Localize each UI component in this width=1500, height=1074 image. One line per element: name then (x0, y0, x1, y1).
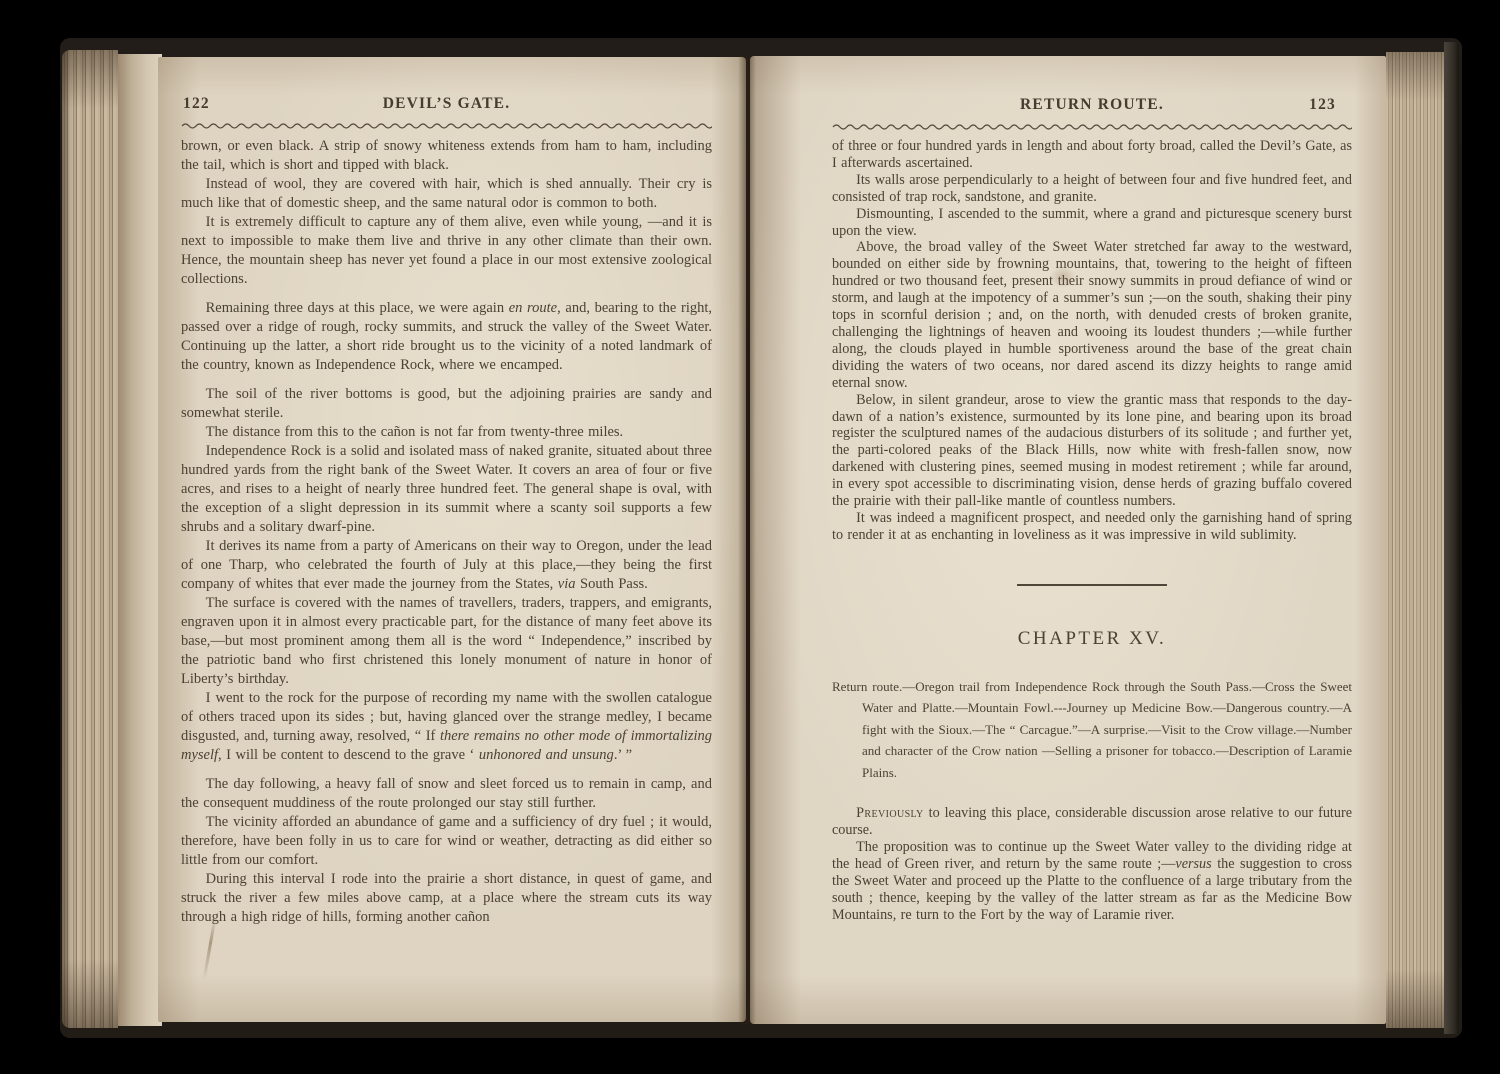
left-running-header: 122 DEVIL’S GATE. (181, 95, 712, 115)
right-page-number: 123 (1309, 96, 1336, 114)
right-header-title: RETURN ROUTE. (832, 96, 1352, 114)
section-divider (1017, 584, 1167, 586)
paragraph: Its walls arose perpendicularly to a hei… (832, 172, 1352, 206)
paragraph: It derives its name from a party of Amer… (181, 537, 712, 594)
photo-background: 122 DEVIL’S GATE. brown, or even black. … (0, 0, 1500, 1074)
paragraph: Previously to leaving this place, consid… (832, 805, 1352, 839)
right-page: RETURN ROUTE. 123 of three or four hundr… (750, 56, 1386, 1024)
paragraph: I went to the rock for the purpose of re… (181, 689, 712, 765)
left-page-edges (62, 50, 118, 1028)
chapter-summary: Return route.—Oregon trail from Independ… (832, 676, 1352, 784)
paragraph: The soil of the river bottoms is good, b… (181, 385, 712, 423)
paragraph: The vicinity afforded an abundance of ga… (181, 813, 712, 870)
left-page: 122 DEVIL’S GATE. brown, or even black. … (158, 57, 746, 1022)
chapter-text: Previously to leaving this place, consid… (832, 805, 1352, 923)
wavy-rule (181, 121, 712, 129)
paragraph: It was indeed a magnificent prospect, an… (832, 510, 1352, 544)
left-inner-page-curve (118, 54, 162, 1026)
paragraph: Instead of wool, they are covered with h… (181, 175, 712, 213)
paragraph: Above, the broad valley of the Sweet Wat… (832, 239, 1352, 391)
left-page-text: brown, or even black. A strip of snowy w… (181, 137, 712, 927)
paragraph: Remaining three days at this place, we w… (181, 299, 712, 375)
paragraph: Independence Rock is a solid and isolate… (181, 442, 712, 537)
paragraph: The proposition was to continue up the S… (832, 839, 1352, 924)
right-page-edges (1386, 52, 1444, 1028)
paragraph: of three or four hundred yards in length… (832, 138, 1352, 172)
paragraph: Return route.—Oregon trail from Independ… (832, 676, 1352, 784)
left-header-title: DEVIL’S GATE. (181, 95, 712, 113)
right-page-text: of three or four hundred yards in length… (832, 138, 1352, 544)
paragraph: The day following, a heavy fall of snow … (181, 775, 712, 813)
chapter-heading: CHAPTER XV. (832, 628, 1352, 650)
paragraph: Below, in silent grandeur, arose to view… (832, 392, 1352, 510)
paragraph: It is extremely difficult to capture any… (181, 213, 712, 289)
paragraph: brown, or even black. A strip of snowy w… (181, 137, 712, 175)
paragraph: Dismounting, I ascended to the summit, w… (832, 206, 1352, 240)
paragraph: The surface is covered with the names of… (181, 594, 712, 689)
right-running-header: RETURN ROUTE. 123 (832, 96, 1352, 116)
paragraph: The distance from this to the cañon is n… (181, 423, 712, 442)
book-cover-edge (1444, 42, 1459, 1034)
paragraph: During this interval I rode into the pra… (181, 870, 712, 927)
wavy-rule (832, 122, 1352, 130)
book: 122 DEVIL’S GATE. brown, or even black. … (60, 38, 1462, 1038)
